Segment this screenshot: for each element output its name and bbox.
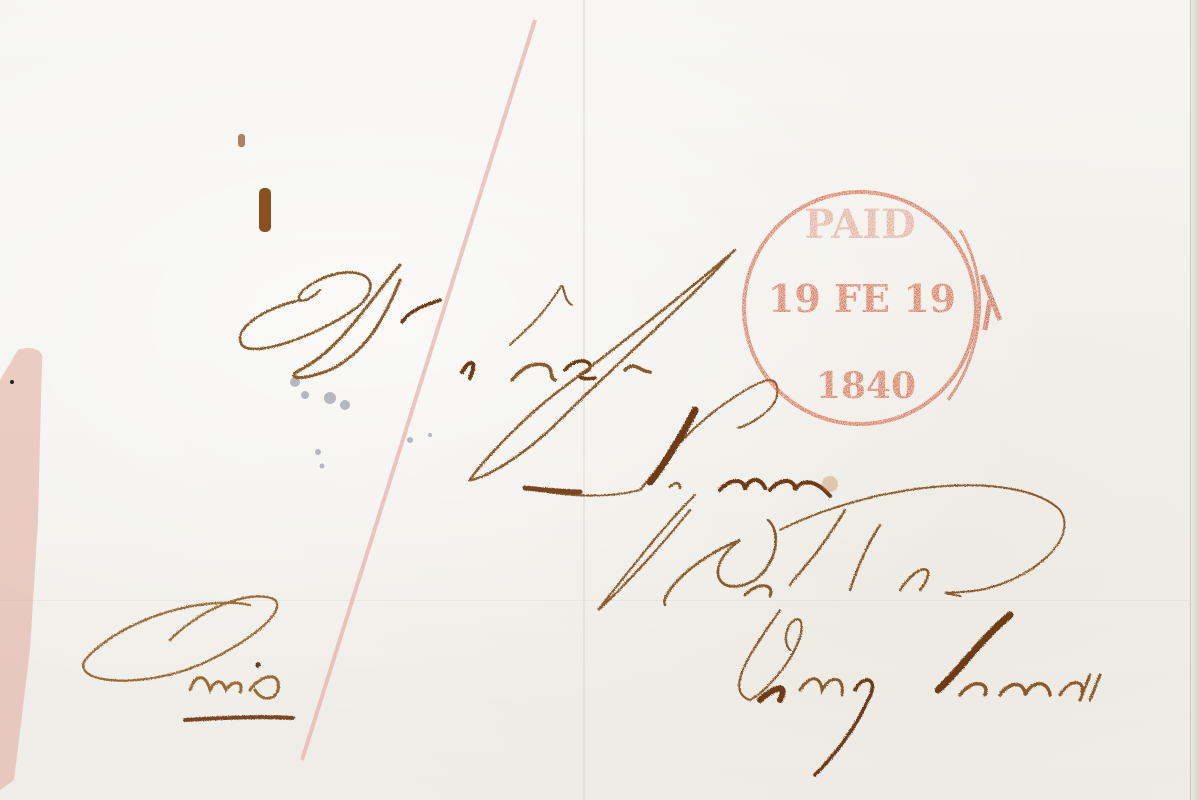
diagonal-red-line (302, 20, 535, 760)
letter-cover: PAID 19 FE 19 1840 Dr Ingle Lynn Norfolk… (0, 0, 1199, 800)
grey-smudges (290, 377, 432, 469)
address-line-norfolk (598, 485, 1065, 610)
postmark: PAID 19 FE 19 1840 (744, 192, 1000, 424)
postmark-year: 1840 (816, 365, 916, 407)
address-line-england (739, 610, 1100, 775)
left-edge-stain (0, 348, 42, 790)
postmark-date: 19 FE 19 (768, 276, 956, 321)
address-line-dr-ingle (240, 250, 735, 480)
postmark-top-text: PAID (804, 201, 916, 248)
endorsement-paid (83, 596, 293, 720)
cover-artwork: PAID 19 FE 19 1840 (0, 0, 1199, 800)
address-line-lynn (525, 380, 838, 496)
ink-dashes (238, 134, 271, 232)
